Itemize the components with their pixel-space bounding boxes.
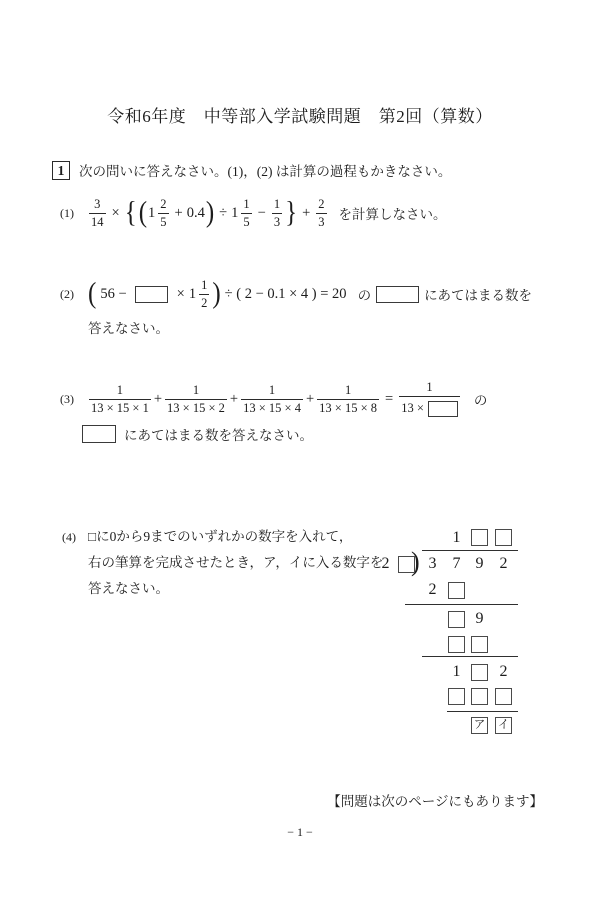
part-4-line-2: 右の筆算を完成させたとき，ア，イに入る数字を — [88, 550, 388, 576]
expression-lead: 56 − — [100, 286, 126, 303]
problem-number-box: 1 — [52, 161, 70, 180]
close-paren: ) — [206, 200, 214, 225]
subtraction-blank-box — [448, 636, 465, 653]
fraction-1-5: 1 5 — [241, 198, 251, 228]
fraction-3-14: 3 14 — [89, 198, 106, 228]
fraction-denominator: 13 × 15 × 1 — [89, 399, 151, 415]
particle-no: の — [474, 389, 488, 409]
next-page-note: 【問題は次のページにもあります】 — [327, 790, 543, 810]
mixed-number-1-1-5: 1 1 5 — [231, 198, 254, 228]
fraction-numerator: 1 — [267, 384, 277, 399]
part-4-line-3: 答えなさい。 — [88, 576, 388, 602]
subtraction-rule — [447, 711, 518, 712]
mixed-number-1-2-5: 1 2 5 — [148, 198, 171, 228]
fraction-denominator: 13 × — [399, 396, 460, 417]
subtraction-blank-box — [448, 688, 465, 705]
subtraction-rule — [422, 656, 518, 657]
answer-blank — [135, 286, 168, 303]
fraction-denominator: 5 — [241, 213, 251, 229]
fraction-numerator: 1 — [191, 384, 201, 399]
fraction-numerator: 1 — [115, 384, 125, 399]
dividend-digit: 3 — [421, 554, 444, 573]
part-2-instruction-tail2: 答えなさい。 — [88, 317, 169, 337]
particle-no: の — [358, 284, 372, 304]
answer-blank — [428, 401, 458, 417]
dividend-digit: 7 — [445, 554, 468, 573]
open-paren: ( — [88, 281, 96, 306]
fraction-1-3: 1 3 — [272, 198, 282, 228]
plus-op: + — [302, 205, 310, 222]
problem-1-header: 1 次の問いに答えなさい。(1)，(2) は計算の過程もかきなさい。 — [52, 160, 451, 180]
exam-title: 令和6年度 中等部入学試験問題 第2回（算数） — [0, 102, 600, 127]
fraction-numerator: 2 — [158, 198, 168, 213]
part-3-row: (3) 1 13 × 15 × 1 + 1 13 × 15 × 2 + 1 13… — [60, 380, 487, 418]
part-3-label: (3) — [60, 392, 74, 407]
part-4-text: □に0から9までのいずれかの数字を入れて， 右の筆算を完成させたとき，ア，イに入… — [88, 524, 388, 602]
fraction-numerator: 1 — [241, 198, 251, 213]
fraction-denominator: 13 × 15 × 4 — [241, 399, 303, 415]
close-paren: ) — [212, 281, 220, 306]
answer-label-a-box: ア — [471, 717, 488, 734]
fraction-denominator: 5 — [158, 213, 168, 229]
problem-1-instruction: 次の問いに答えなさい。(1)，(2) は計算の過程もかきなさい。 — [79, 160, 451, 180]
remainder-blank-box — [471, 664, 488, 681]
part-1-label: (1) — [60, 206, 74, 221]
quotient-blank-box — [495, 529, 512, 546]
plus-op: + — [154, 391, 162, 408]
division-vinculum — [422, 550, 518, 551]
fraction-denominator: 13 × 15 × 2 — [165, 399, 227, 415]
divisor-digit: 2 — [374, 554, 397, 573]
part-1-instruction-tail: を計算しなさい。 — [339, 203, 447, 223]
part-4-line-1: □に0から9までのいずれかの数字を入れて， — [88, 524, 388, 550]
page-number: − 1 − — [0, 825, 600, 840]
part-4-label: (4) — [62, 530, 76, 545]
open-paren: ( — [139, 200, 147, 225]
fraction-term-2: 1 13 × 15 × 2 — [165, 384, 227, 414]
part-3-instruction-tail: にあてはまる数を答えなさい。 — [124, 424, 313, 444]
plus-op: + — [175, 205, 183, 222]
subtraction-digit: 2 — [421, 580, 444, 599]
subtraction-blank-box — [448, 582, 465, 599]
fraction-term-4: 1 13 × 15 × 8 — [317, 384, 379, 414]
fraction-denominator: 3 — [316, 213, 326, 229]
whole-part: 1 — [231, 205, 238, 222]
fraction-term-3: 1 13 × 15 × 4 — [241, 384, 303, 414]
decimal-value: 0.4 — [187, 205, 205, 222]
remainder-digit: 9 — [468, 609, 491, 628]
exam-page: 令和6年度 中等部入学試験問題 第2回（算数） 1 次の問いに答えなさい。(1)… — [0, 0, 600, 900]
fraction-2-3: 2 3 — [316, 198, 326, 228]
fraction-result: 1 13 × — [399, 381, 460, 417]
quotient-blank-box — [471, 529, 488, 546]
expression-rest: ÷ ( 2 − 0.1 × 4 ) = 20 — [225, 286, 347, 303]
quotient-digit: 1 — [445, 528, 468, 547]
subtraction-blank-box — [495, 688, 512, 705]
part-1-row: (1) 3 14 × { ( 1 2 5 + 0.4 ) ÷ 1 1 5 − 1 — [60, 192, 447, 234]
part-3-line-2: にあてはまる数を答えなさい。 — [82, 424, 313, 444]
multiply-op: × — [177, 286, 185, 303]
subtraction-blank-box — [471, 636, 488, 653]
minus-op: − — [258, 205, 266, 222]
plus-op: + — [306, 391, 314, 408]
fraction-numerator: 2 — [316, 198, 326, 213]
answer-blank — [82, 425, 116, 443]
remainder-blank-box — [448, 611, 465, 628]
multiply-op: × — [112, 205, 120, 222]
fraction-numerator: 1 — [424, 381, 434, 396]
whole-part: 1 — [189, 286, 196, 303]
fraction-numerator: 3 — [92, 198, 102, 213]
open-brace: { — [125, 200, 137, 225]
fraction-denominator: 2 — [199, 294, 209, 310]
denominator-prefix: 13 × — [401, 402, 424, 415]
whole-part: 1 — [148, 205, 155, 222]
fraction-denominator: 3 — [272, 213, 282, 229]
fraction-numerator: 1 — [272, 198, 282, 213]
fraction-denominator: 14 — [89, 213, 106, 229]
part-2-instruction-tail: にあてはまる数を — [424, 284, 532, 304]
subtraction-blank-box — [471, 688, 488, 705]
dividend-digit: 9 — [468, 554, 491, 573]
long-division-diagram: 1 ) 2 3 7 9 2 2 9 1 2 ア イ — [372, 520, 532, 742]
divisor-blank-box — [398, 556, 415, 573]
fraction-numerator: 1 — [199, 279, 209, 294]
equals-op: = — [385, 391, 393, 408]
mixed-number-1-1-2: 1 1 2 — [189, 279, 212, 309]
fraction-term-1: 1 13 × 15 × 1 — [89, 384, 151, 414]
close-brace: } — [285, 200, 297, 225]
dividend-digit: 2 — [492, 554, 515, 573]
plus-op: + — [230, 391, 238, 408]
fraction-2-5: 2 5 — [158, 198, 168, 228]
fraction-1-2: 1 2 — [199, 279, 209, 309]
part-2-row: (2) ( 56 − × 1 1 2 ) ÷ ( 2 − 0.1 × 4 ) =… — [60, 276, 532, 312]
answer-blank — [376, 286, 419, 303]
subtraction-rule — [405, 604, 518, 605]
part-2-label: (2) — [60, 287, 74, 302]
fraction-denominator: 13 × 15 × 8 — [317, 399, 379, 415]
remainder-digit: 1 — [445, 662, 468, 681]
divide-op: ÷ — [219, 205, 227, 222]
fraction-numerator: 1 — [343, 384, 353, 399]
remainder-digit: 2 — [492, 662, 515, 681]
answer-label-i-box: イ — [495, 717, 512, 734]
